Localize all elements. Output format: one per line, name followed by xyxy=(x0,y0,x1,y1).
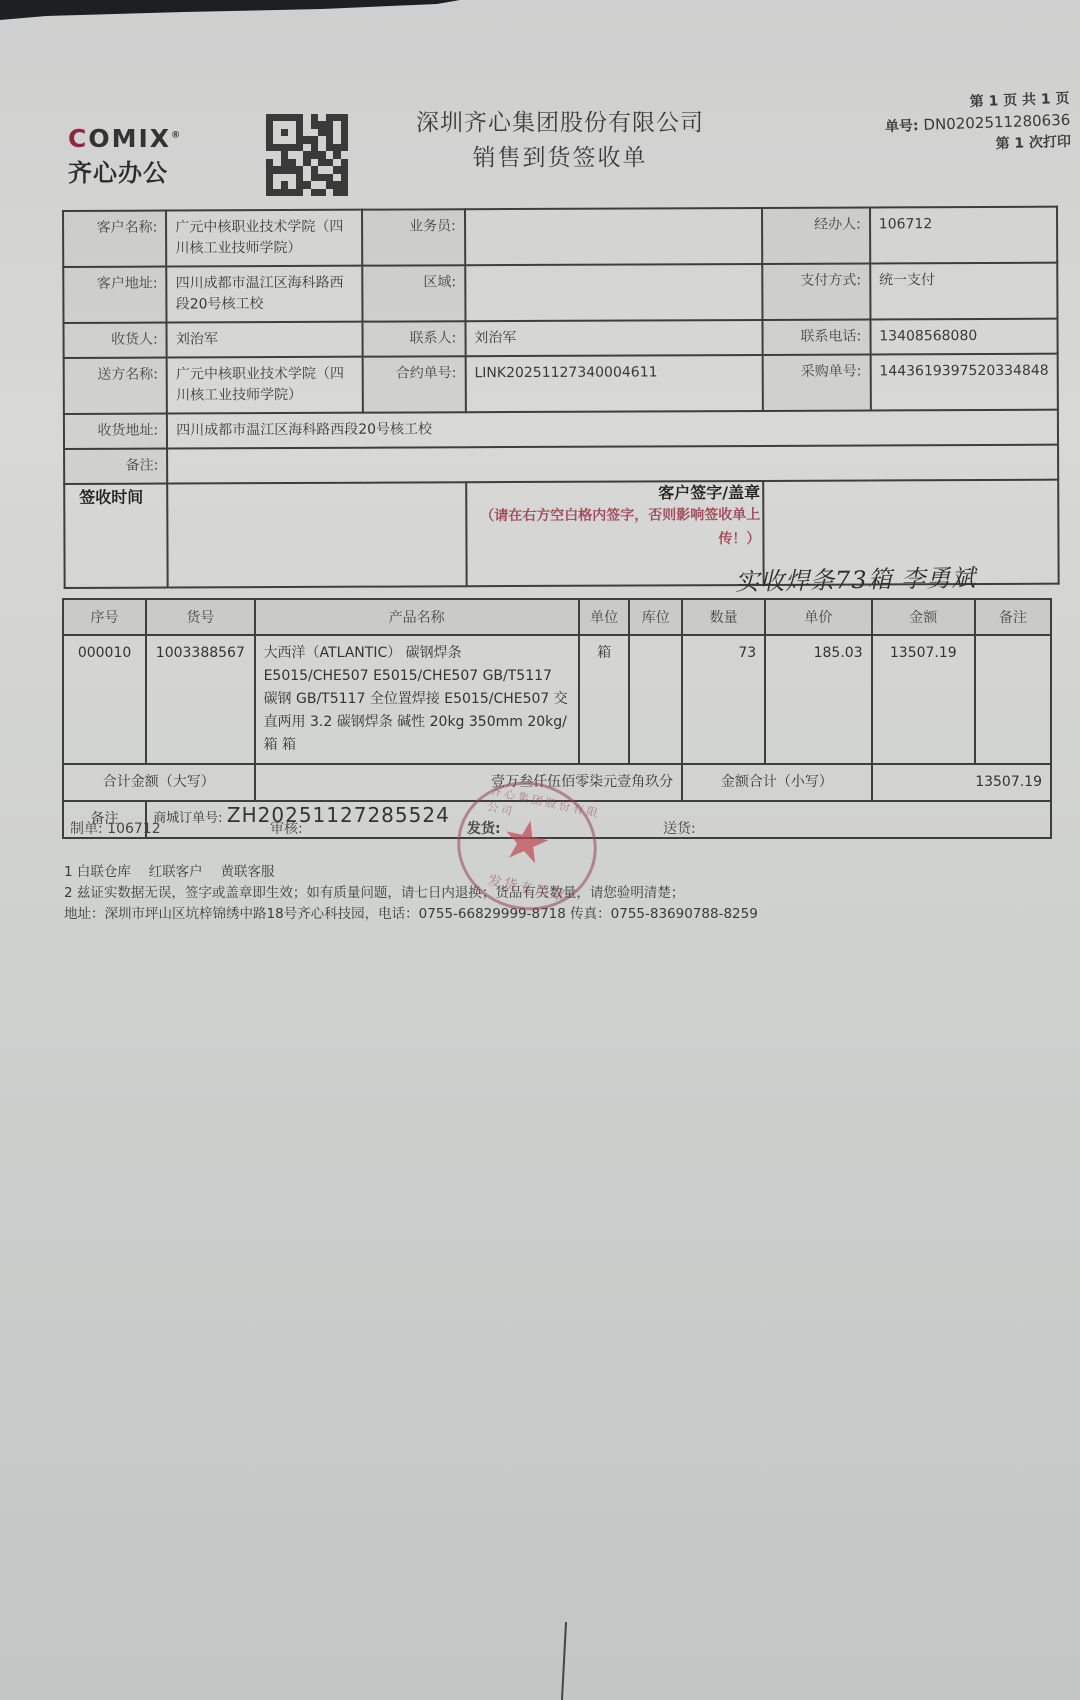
sender: 广元中核职业技术学院（四川核工业技师学院） xyxy=(167,357,363,414)
salesperson-label: 业务员: xyxy=(362,209,465,265)
column-header: 产品名称 xyxy=(255,599,579,635)
sign-time-label: 签收时间 xyxy=(64,484,168,588)
payment-label: 支付方式: xyxy=(762,263,870,319)
customer-info-table: 客户名称: 广元中核职业技术学院（四川核工业技师学院） 业务员: 经办人: 10… xyxy=(62,206,1060,589)
cell-qty: 73 xyxy=(682,635,765,764)
cell-amount: 13507.19 xyxy=(872,635,975,764)
total-lower: 13507.19 xyxy=(872,764,1051,801)
maker-label: 制单: xyxy=(70,821,103,837)
mall-order-number: ZH20251127285524 xyxy=(227,803,450,827)
delivery-receipt: COMIX® 齐心办公 深圳齐心集团股份有限公司 销售到货签收单 第 1 页 共… xyxy=(0,0,1080,1700)
consignee-label: 收货人: xyxy=(63,323,166,358)
cell-unit: 箱 xyxy=(579,635,630,764)
cell-note xyxy=(975,635,1051,764)
items-header-row: 序号货号产品名称单位库位数量单价金额备注 xyxy=(63,599,1051,635)
table-row: 0000101003388567大西洋（ATLANTIC） 碳钢焊条 E5015… xyxy=(63,635,1051,764)
customer-address: 四川成都市温江区海科路西段20号核工校 xyxy=(167,266,363,323)
footer-notes: 1 白联仓库 红联客户 黄联客服 2 兹证实数据无误，签字或盖章即生效；如有质量… xyxy=(64,862,758,925)
sign-time-field xyxy=(167,482,466,587)
column-header: 单价 xyxy=(765,599,871,635)
payment-method: 统一支付 xyxy=(870,263,1058,320)
contact: 刘治军 xyxy=(465,320,762,356)
comix-logo: COMIX® 齐心办公 xyxy=(68,124,182,188)
delivery-address-label: 收货地址: xyxy=(64,414,167,449)
remark-label: 备注: xyxy=(64,449,167,484)
handler-label: 经办人: xyxy=(762,207,870,263)
cell-seq: 000010 xyxy=(63,635,146,764)
column-header: 单位 xyxy=(579,599,630,635)
logo-text: OMIX xyxy=(88,124,171,153)
order-number: DN0202511280636 xyxy=(923,111,1070,134)
phone-label: 联系电话: xyxy=(762,319,870,354)
delivery-address: 四川成都市温江区海科路西段20号核工校 xyxy=(167,410,1058,449)
signature-instruction: 客户签字/盖章 （请在右方空白格内签字，否则影响签收单上传！） xyxy=(466,481,764,586)
doc-meta: 第 1 页 共 1 页 单号: DN0202511280636 第 1 次打印 xyxy=(884,89,1071,159)
cell-price: 185.03 xyxy=(765,635,871,764)
column-header: 序号 xyxy=(63,599,146,635)
background-edge xyxy=(0,0,460,20)
total-upper: 壹万叁仟伍佰零柒元壹角玖分 xyxy=(255,764,683,801)
cell-name: 大西洋（ATLANTIC） 碳钢焊条 E5015/CHE507 E5015/CH… xyxy=(255,635,579,764)
logo-cn: 齐心办公 xyxy=(68,153,182,188)
remark xyxy=(167,445,1058,484)
review-label: 审核: xyxy=(270,818,303,838)
company-name: 深圳齐心集团股份有限公司 xyxy=(400,104,720,137)
cell-sku: 1003388567 xyxy=(146,635,254,764)
terms-note: 2 兹证实数据无误，签字或盖章即生效；如有质量问题，请七日内退换；货品有关数量，… xyxy=(64,883,758,904)
handwritten-signature: 实收焊条73箱 李勇斌 xyxy=(735,558,977,597)
document-title: 深圳齐心集团股份有限公司 销售到货签收单 xyxy=(400,104,720,172)
logo-initial: C xyxy=(68,124,88,153)
contract-label: 合约单号: xyxy=(362,356,465,412)
paper-crease xyxy=(561,1622,567,1700)
cell-location xyxy=(629,635,682,764)
total-upper-label: 合计金额（大写） xyxy=(63,764,255,801)
consignee: 刘治军 xyxy=(167,322,363,358)
customer-address-label: 客户地址: xyxy=(63,267,167,323)
region-label: 区域: xyxy=(362,265,465,321)
column-header: 货号 xyxy=(146,599,254,635)
column-header: 数量 xyxy=(682,599,765,635)
signature-label: 客户签字/盖章 xyxy=(469,482,760,504)
column-header: 金额 xyxy=(872,599,975,635)
qr-code-icon xyxy=(266,114,348,196)
contact-label: 联系人: xyxy=(362,321,465,356)
column-header: 库位 xyxy=(629,599,682,635)
phone: 13408568080 xyxy=(870,319,1057,355)
mall-order-label: 商城订单号: xyxy=(153,811,222,826)
column-header: 备注 xyxy=(975,599,1051,635)
total-lower-label: 金额合计（小写） xyxy=(682,764,871,801)
handler: 106712 xyxy=(870,207,1058,264)
doc-title: 销售到货签收单 xyxy=(400,139,720,172)
copy-note: 1 白联仓库 红联客户 黄联客服 xyxy=(64,862,758,883)
salesperson xyxy=(465,208,762,265)
purchase-number: 1443619397520334848 xyxy=(870,354,1058,411)
star-icon: ★ xyxy=(495,810,556,875)
sender-label: 送方名称: xyxy=(64,358,168,414)
customer-name-label: 客户名称: xyxy=(63,211,167,267)
contract-number: LINK20251127340004611 xyxy=(465,355,762,412)
order-label: 单号: xyxy=(884,118,918,135)
deliver-label: 送货: xyxy=(663,818,696,838)
maker: 106712 xyxy=(107,821,160,837)
signature-warning: （请在右方空白格内签字，否则影响签收单上传！） xyxy=(469,503,760,552)
region xyxy=(465,264,762,321)
purchase-label: 采购单号: xyxy=(762,354,870,410)
customer-name: 广元中核职业技术学院（四川核工业技师学院） xyxy=(166,210,362,267)
company-address: 地址：深圳市坪山区坑梓锦绣中路18号齐心科技园，电话：0755-66829999… xyxy=(64,904,758,925)
